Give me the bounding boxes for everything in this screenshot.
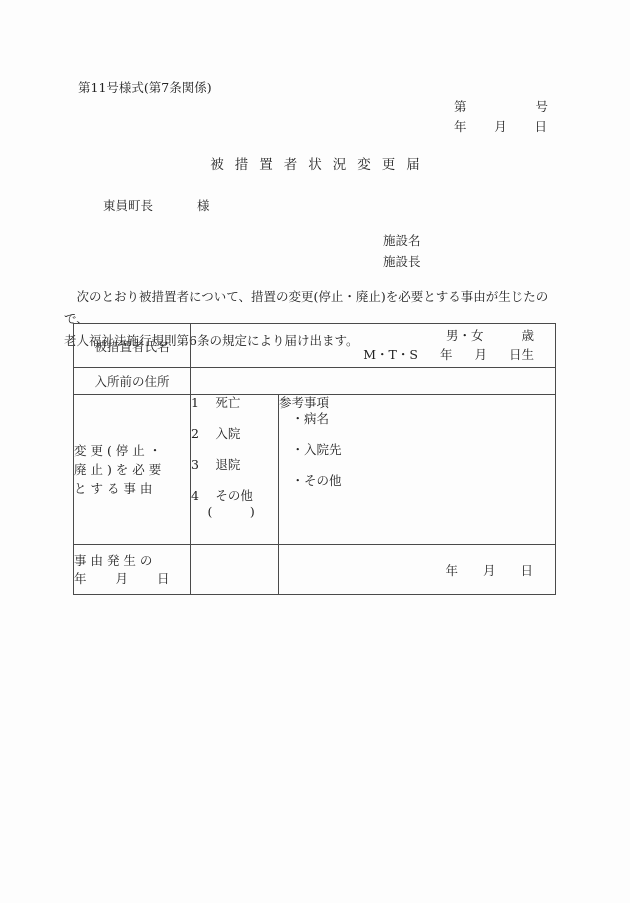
row-name-value-inner: 男・女 歳 M・T・S 年 月 日生	[191, 324, 555, 367]
addressee-line: 東員町長 様	[103, 196, 210, 214]
status-change-table: 被措置者氏名 男・女 歳 M・T・S 年 月 日生 入所前の住所	[73, 323, 556, 595]
facility-head-label: 施設長	[383, 252, 421, 270]
birth-day-label: 日生	[509, 346, 534, 363]
row-date-empty-cell	[191, 545, 279, 595]
birth-year-label: 年	[440, 346, 453, 363]
birth-month-label: 月	[474, 346, 487, 363]
form-page: 第11号様式(第7条関係) 第 号 年 月 日 被措置者状況変更届 東員町長 様…	[0, 0, 630, 903]
header-month-label: 月	[494, 117, 507, 135]
sex-age-line: 男・女 歳	[191, 327, 534, 344]
birthdate-line: M・T・S 年 月 日生	[191, 346, 534, 363]
header-year-label: 年	[454, 117, 467, 135]
row-address-value-cell	[191, 368, 556, 395]
facility-name-label: 施設名	[383, 231, 421, 249]
age-label: 歳	[521, 327, 534, 344]
occurrence-date-line: 年 月 日	[279, 561, 555, 579]
addressee-honorific: 様	[197, 198, 210, 213]
table-row-date: 事 由 発 生 の 年 月 日 年 月 日	[74, 545, 556, 595]
row-name-label: 被措置者氏名	[74, 324, 191, 368]
reason-notes-cell: 参考事項 ・病名 ・入院先 ・その他	[279, 395, 556, 545]
row-reason-label: 変 更 ( 停 止 ・ 廃 止 ) を 必 要 と す る 事 由	[74, 395, 191, 545]
reason-options-cell: 1 死亡 2 入院 3 退院 4 その他 ( )	[191, 395, 279, 545]
table-row-address: 入所前の住所	[74, 368, 556, 395]
row-date-label: 事 由 発 生 の 年 月 日	[74, 545, 191, 595]
row-date-value-cell: 年 月 日	[279, 545, 556, 595]
page-title: 被措置者状況変更届	[0, 153, 630, 173]
occurrence-year-label: 年	[445, 561, 458, 579]
header-date-line: 年 月 日	[454, 117, 547, 135]
era-options: M・T・S	[363, 346, 418, 363]
table-row-name: 被措置者氏名 男・女 歳 M・T・S 年 月 日生	[74, 324, 556, 368]
header-day-label: 日	[534, 117, 547, 135]
occurrence-day-label: 日	[520, 561, 533, 579]
addressee-name: 東員町長	[103, 198, 153, 213]
occurrence-month-label: 月	[483, 561, 496, 579]
doc-number-line: 第 号	[454, 97, 548, 115]
table-row-reason: 変 更 ( 停 止 ・ 廃 止 ) を 必 要 と す る 事 由 1 死亡 2…	[74, 395, 556, 545]
form-number: 第11号様式(第7条関係)	[78, 78, 212, 96]
doc-number-prefix: 第	[454, 97, 467, 115]
row-address-label: 入所前の住所	[74, 368, 191, 395]
sex-options: 男・女	[446, 327, 484, 344]
doc-number-suffix: 号	[535, 97, 548, 115]
row-name-value-cell: 男・女 歳 M・T・S 年 月 日生	[191, 324, 556, 368]
